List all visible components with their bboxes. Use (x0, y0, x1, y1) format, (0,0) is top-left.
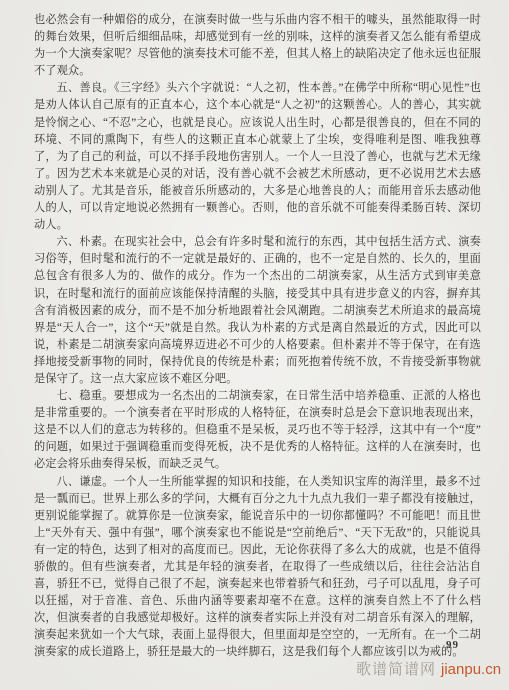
paragraph-continuation: 也必然会有一种媚俗的成分，在演奏时做一些与乐曲内容不相干的噱头，虽然能取得一时的… (34, 12, 481, 80)
watermark-site-name: 歌谱简谱网 (356, 661, 436, 678)
watermark: 歌谱简谱网jianpu.cn (356, 658, 501, 679)
body-text: 也必然会有一种媚俗的成分，在演奏时做一些与乐曲内容不相干的噱头，虽然能取得一时的… (34, 12, 481, 662)
paragraph-section-8-qianxu: 八、谦虚。一个人一生所能掌握的知识和技能，在人类知识宝库的海洋里，最多不过是一瓢… (34, 474, 481, 662)
paragraph-section-5-shanliang: 五、善良。《三字经》头六个字就说：“人之初，性本善。”在佛学中所称“明心见性”也… (34, 80, 481, 234)
paragraph-section-6-pusu: 六、朴素。在现实社会中，总会有许多时髦和流行的东西，其中包括生活方式、演奏习俗等… (34, 234, 481, 388)
paragraph-section-7-wenzhong: 七、稳重。要想成为一名杰出的二胡演奏家，在日常生活中培养稳重、正派的人格也是非常… (34, 388, 481, 473)
book-page: 也必然会有一种媚俗的成分，在演奏时做一些与乐曲内容不相干的噱头，虽然能取得一时的… (0, 0, 509, 690)
page-number: 99 (446, 639, 459, 651)
watermark-site-domain: jianpu.cn (441, 661, 501, 678)
